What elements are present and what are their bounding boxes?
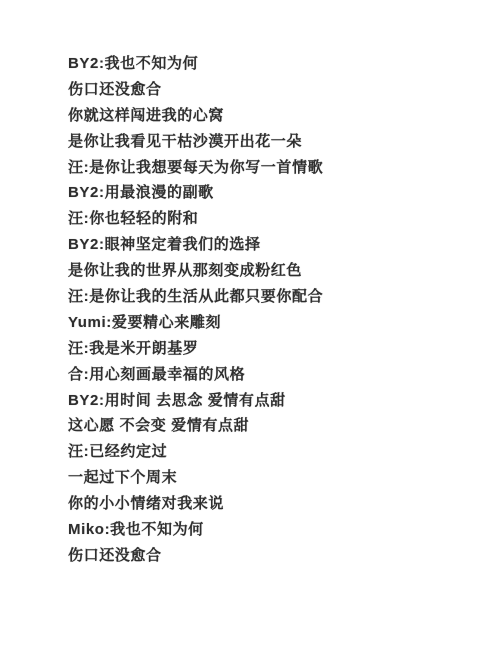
- lyrics-page: BY2:我也不知为何伤口还没愈合你就这样闯进我的心窝是你让我看见干枯沙漠开出花一…: [0, 0, 500, 647]
- lyric-line: BY2:用时间 去思念 爱情有点甜: [68, 388, 470, 414]
- lyric-line: BY2:眼神坚定着我们的选择: [68, 232, 470, 258]
- lyric-line: 这心愿 不会变 爱情有点甜: [68, 413, 470, 439]
- lyric-line: BY2:用最浪漫的副歌: [68, 180, 470, 206]
- lyric-line: Yumi:爱要精心来雕刻: [68, 310, 470, 336]
- lyric-line: 一起过下个周末: [68, 465, 470, 491]
- lyric-line: 是你让我的世界从那刻变成粉红色: [68, 258, 470, 284]
- lyric-line: 是你让我看见干枯沙漠开出花一朵: [68, 129, 470, 155]
- lyric-line: BY2:我也不知为何: [68, 51, 470, 77]
- lyric-line: 伤口还没愈合: [68, 77, 470, 103]
- lyric-line: Miko:我也不知为何: [68, 517, 470, 543]
- lyric-line: 汪:是你让我想要每天为你写一首情歌: [68, 155, 470, 181]
- lyric-line: 你的小小情绪对我来说: [68, 491, 470, 517]
- lyric-line: 汪:已经约定过: [68, 439, 470, 465]
- lyric-line: 汪:你也轻轻的附和: [68, 206, 470, 232]
- lyric-line: 汪:是你让我的生活从此都只要你配合: [68, 284, 470, 310]
- lyric-line: 伤口还没愈合: [68, 543, 470, 569]
- lyric-line: 汪:我是米开朗基罗: [68, 336, 470, 362]
- lyrics-block: BY2:我也不知为何伤口还没愈合你就这样闯进我的心窝是你让我看见干枯沙漠开出花一…: [68, 51, 470, 569]
- lyric-line: 合:用心刻画最幸福的风格: [68, 362, 470, 388]
- lyric-line: 你就这样闯进我的心窝: [68, 103, 470, 129]
